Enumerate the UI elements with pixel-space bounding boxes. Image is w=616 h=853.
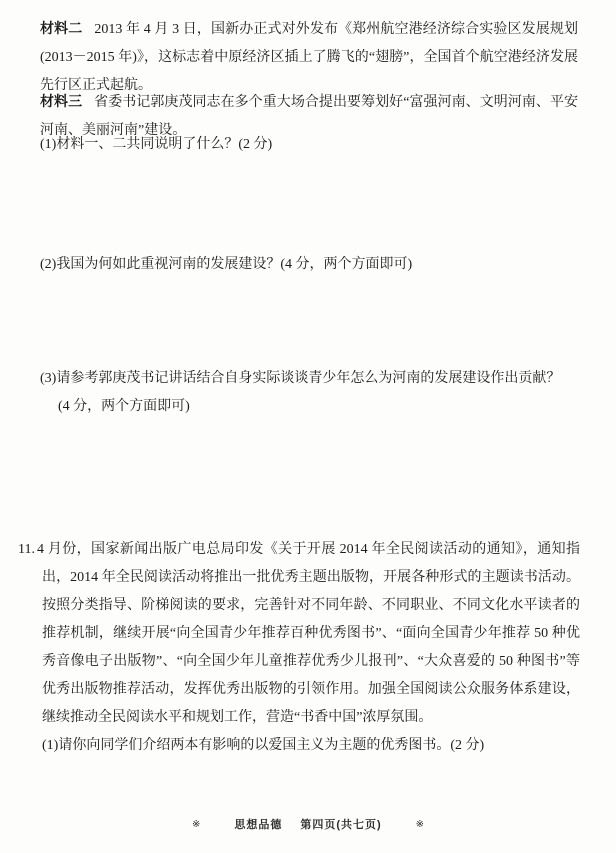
sub-question-1: (1)材料一、二共同说明了什么？(2 分) bbox=[40, 131, 578, 159]
question-11-body: 11.4 月份，国家新闻出版广电总局印发《关于开展 2014 年全民阅读活动的通… bbox=[18, 536, 580, 732]
question-11: 11.4 月份，国家新闻出版广电总局印发《关于开展 2014 年全民阅读活动的通… bbox=[18, 536, 580, 760]
footer-page-number: 第四页(共七页) bbox=[300, 816, 381, 832]
page-footer: ※ 思想品德 第四页(共七页) ※ bbox=[0, 816, 616, 832]
material-three-label: 材料三 bbox=[40, 93, 82, 109]
material-two-label: 材料二 bbox=[40, 20, 82, 36]
material-two-text: 2013 年 4 月 3 日，国新办正式对外发布《郑州航空港经济综合实验区发展规… bbox=[40, 22, 578, 93]
sub-question-1-text: (1)材料一、二共同说明了什么？(2 分) bbox=[40, 137, 272, 152]
sub-question-3-score-note: (4 分，两个方面即可) bbox=[58, 393, 578, 421]
footer-ornament-left-icon: ※ bbox=[192, 819, 200, 830]
sub-question-3-score-note-text: (4 分，两个方面即可) bbox=[58, 399, 190, 414]
question-11-sub-question: (1)请你向同学们介绍两本有影响的以爱国主义为主题的优秀图书。(2 分) bbox=[18, 732, 580, 760]
sub-question-2-text: (2)我国为何如此重视河南的发展建设？(4 分，两个方面即可) bbox=[40, 257, 412, 272]
footer-ornament-right-icon: ※ bbox=[416, 819, 424, 830]
sub-question-2: (2)我国为何如此重视河南的发展建设？(4 分，两个方面即可) bbox=[40, 251, 578, 279]
question-11-text: 4 月份，国家新闻出版广电总局印发《关于开展 2014 年全民阅读活动的通知》，… bbox=[37, 542, 580, 725]
exam-paper-page: 材料二2013 年 4 月 3 日，国新办正式对外发布《郑州航空港经济综合实验区… bbox=[0, 0, 616, 853]
question-11-number: 11. bbox=[18, 542, 35, 557]
sub-question-3: (3)请参考郭庚茂书记讲话结合自身实际谈谈青少年怎么为河南的发展建设作出贡献？ bbox=[40, 365, 578, 393]
footer-subject-title: 思想品德 bbox=[234, 816, 282, 832]
sub-question-3-text: (3)请参考郭庚茂书记讲话结合自身实际谈谈青少年怎么为河南的发展建设作出贡献？ bbox=[40, 371, 560, 386]
